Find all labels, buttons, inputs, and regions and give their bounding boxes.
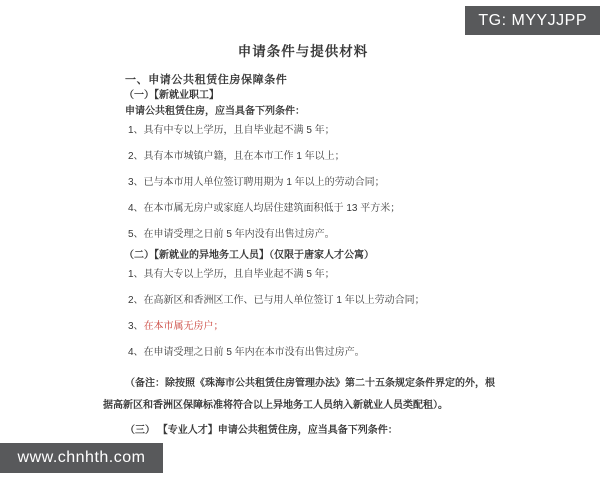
group-2-note: （备注：除按照《珠海市公共租赁住房管理办法》第二十五条规定条件界定的外，根据高新… <box>103 373 503 417</box>
group-2-condition-4: 4、在申请受理之日前 5 年内在本市没有出售过房产。 <box>128 345 503 361</box>
group-2-condition-2: 2、在高新区和香洲区工作、已与用人单位签订 1 年以上劳动合同； <box>128 293 503 309</box>
condition-3-number: 3、 <box>128 321 144 332</box>
group-2-condition-1: 1、具有大专以上学历，且自毕业起不满 5 年； <box>128 267 503 283</box>
document-page: TG: MYYJJPP 申请条件与提供材料 一、申请公共租赁住房保障条件 （一）… <box>0 0 600 480</box>
note-line-1: （备注：除按照《珠海市公共租赁住房管理办法》第二十五条规定条件界定的外，根 <box>125 378 495 389</box>
condition-3-highlighted-text: 在本市属无房户； <box>144 321 224 332</box>
group-2-condition-3: 3、在本市属无房户； <box>128 319 503 335</box>
group-1-intro: 申请公共租赁住房，应当具备下列条件： <box>125 104 503 120</box>
group-1-heading: （一）【新就业职工】 <box>124 88 503 104</box>
document-content: 申请条件与提供材料 一、申请公共租赁住房保障条件 （一）【新就业职工】 申请公共… <box>103 0 503 439</box>
section-1-heading: 一、申请公共租赁住房保障条件 <box>125 72 503 88</box>
group-1-condition-2: 2、具有本市城镇户籍，且在本市工作 1 年以上； <box>128 149 503 165</box>
website-watermark-text: www.chnhth.com <box>18 449 146 467</box>
group-1-condition-5: 5、在申请受理之日前 5 年内没有出售过房产。 <box>128 227 503 243</box>
group-3-heading: （三） 【专业人才】申请公共租赁住房，应当具备下列条件： <box>125 423 503 439</box>
group-1-condition-1: 1、具有中专以上学历，且自毕业起不满 5 年； <box>128 123 503 139</box>
group-1-condition-4: 4、在本市属无房户或家庭人均居住建筑面积低于 13 平方米； <box>128 201 503 217</box>
website-watermark-badge: www.chnhth.com <box>0 443 163 473</box>
note-line-2: 据高新区和香洲区保障标准将符合以上异地务工人员纳入新就业人员类配租）。 <box>103 400 448 411</box>
page-title: 申请条件与提供材料 <box>103 44 503 60</box>
group-1-condition-3: 3、已与本市用人单位签订聘用期为 1 年以上的劳动合同； <box>128 175 503 191</box>
group-2-heading: （二）【新就业的异地务工人员】（仅限于唐家人才公寓） <box>124 248 503 264</box>
